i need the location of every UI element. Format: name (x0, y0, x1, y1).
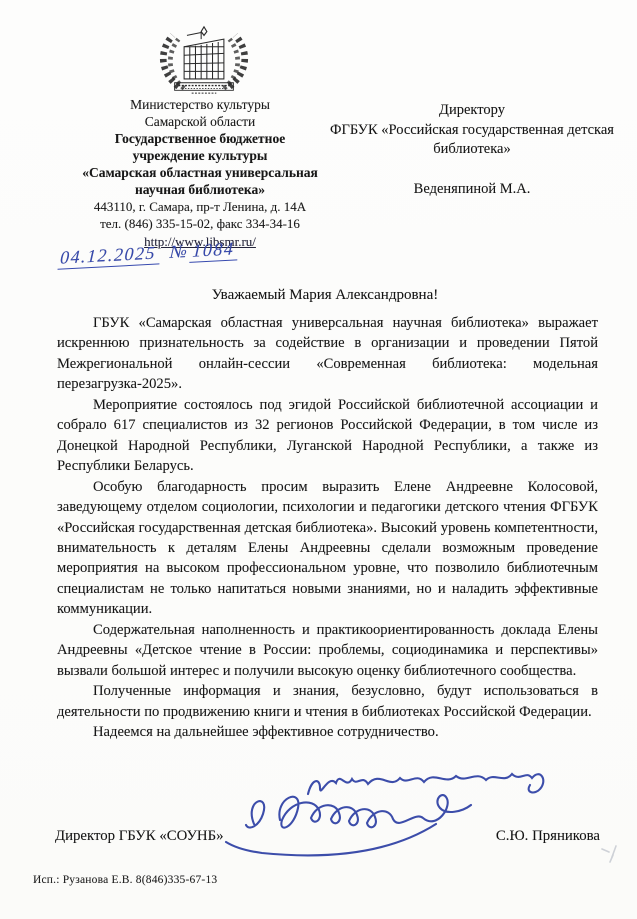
number-sign: № (169, 241, 189, 262)
paragraph-4: Содержательная наполненность и практикоо… (57, 620, 598, 681)
letter-body: ГБУК «Самарская областная универсальная … (57, 313, 598, 743)
signer-title: Директор ГБУК «СОУНБ» (55, 828, 224, 845)
signer-name: С.Ю. Пряникова (496, 820, 600, 845)
sender-phone: тел. (846) 335-15-02, факс 334-34-16 (28, 215, 372, 232)
recipient-organization: ФГБУК «Российская государственная детска… (318, 121, 626, 160)
library-logo-icon (142, 24, 266, 96)
sender-address: 443110, г. Самара, пр-т Ленина, д. 14А (28, 198, 372, 215)
paragraph-1: ГБУК «Самарская областная универсальная … (57, 313, 598, 395)
recipient-name: Веденяпиной М.А. (318, 180, 626, 200)
paragraph-2: Мероприятие состоялось под эгидой Россий… (57, 395, 598, 477)
scanned-letter-page: Министерство культуры Самарской области … (0, 0, 637, 919)
signature-row: Директор ГБУК «СОУНБ» С.Ю. Пряникова (55, 820, 600, 845)
handwritten-number: 1084 (190, 238, 239, 263)
signature-ink-icon (192, 756, 600, 866)
handwritten-date: 04.12.2025 (58, 242, 161, 269)
paragraph-3: Особую благодарность просим выразить Еле… (57, 477, 598, 620)
recipient-block: Директору ФГБУК «Российская государствен… (318, 101, 626, 199)
pencil-mark-icon (596, 843, 626, 869)
paragraph-5: Полученные информация и знания, безуслов… (57, 681, 598, 722)
executor-line: Исп.: Рузанова Е.В. 8(846)335-67-13 (33, 874, 217, 886)
paragraph-6: Надеемся на дальнейшее эффективное сотру… (57, 722, 598, 742)
recipient-title: Директору (318, 101, 626, 121)
salutation: Уважаемый Мария Александровна! (0, 287, 637, 304)
